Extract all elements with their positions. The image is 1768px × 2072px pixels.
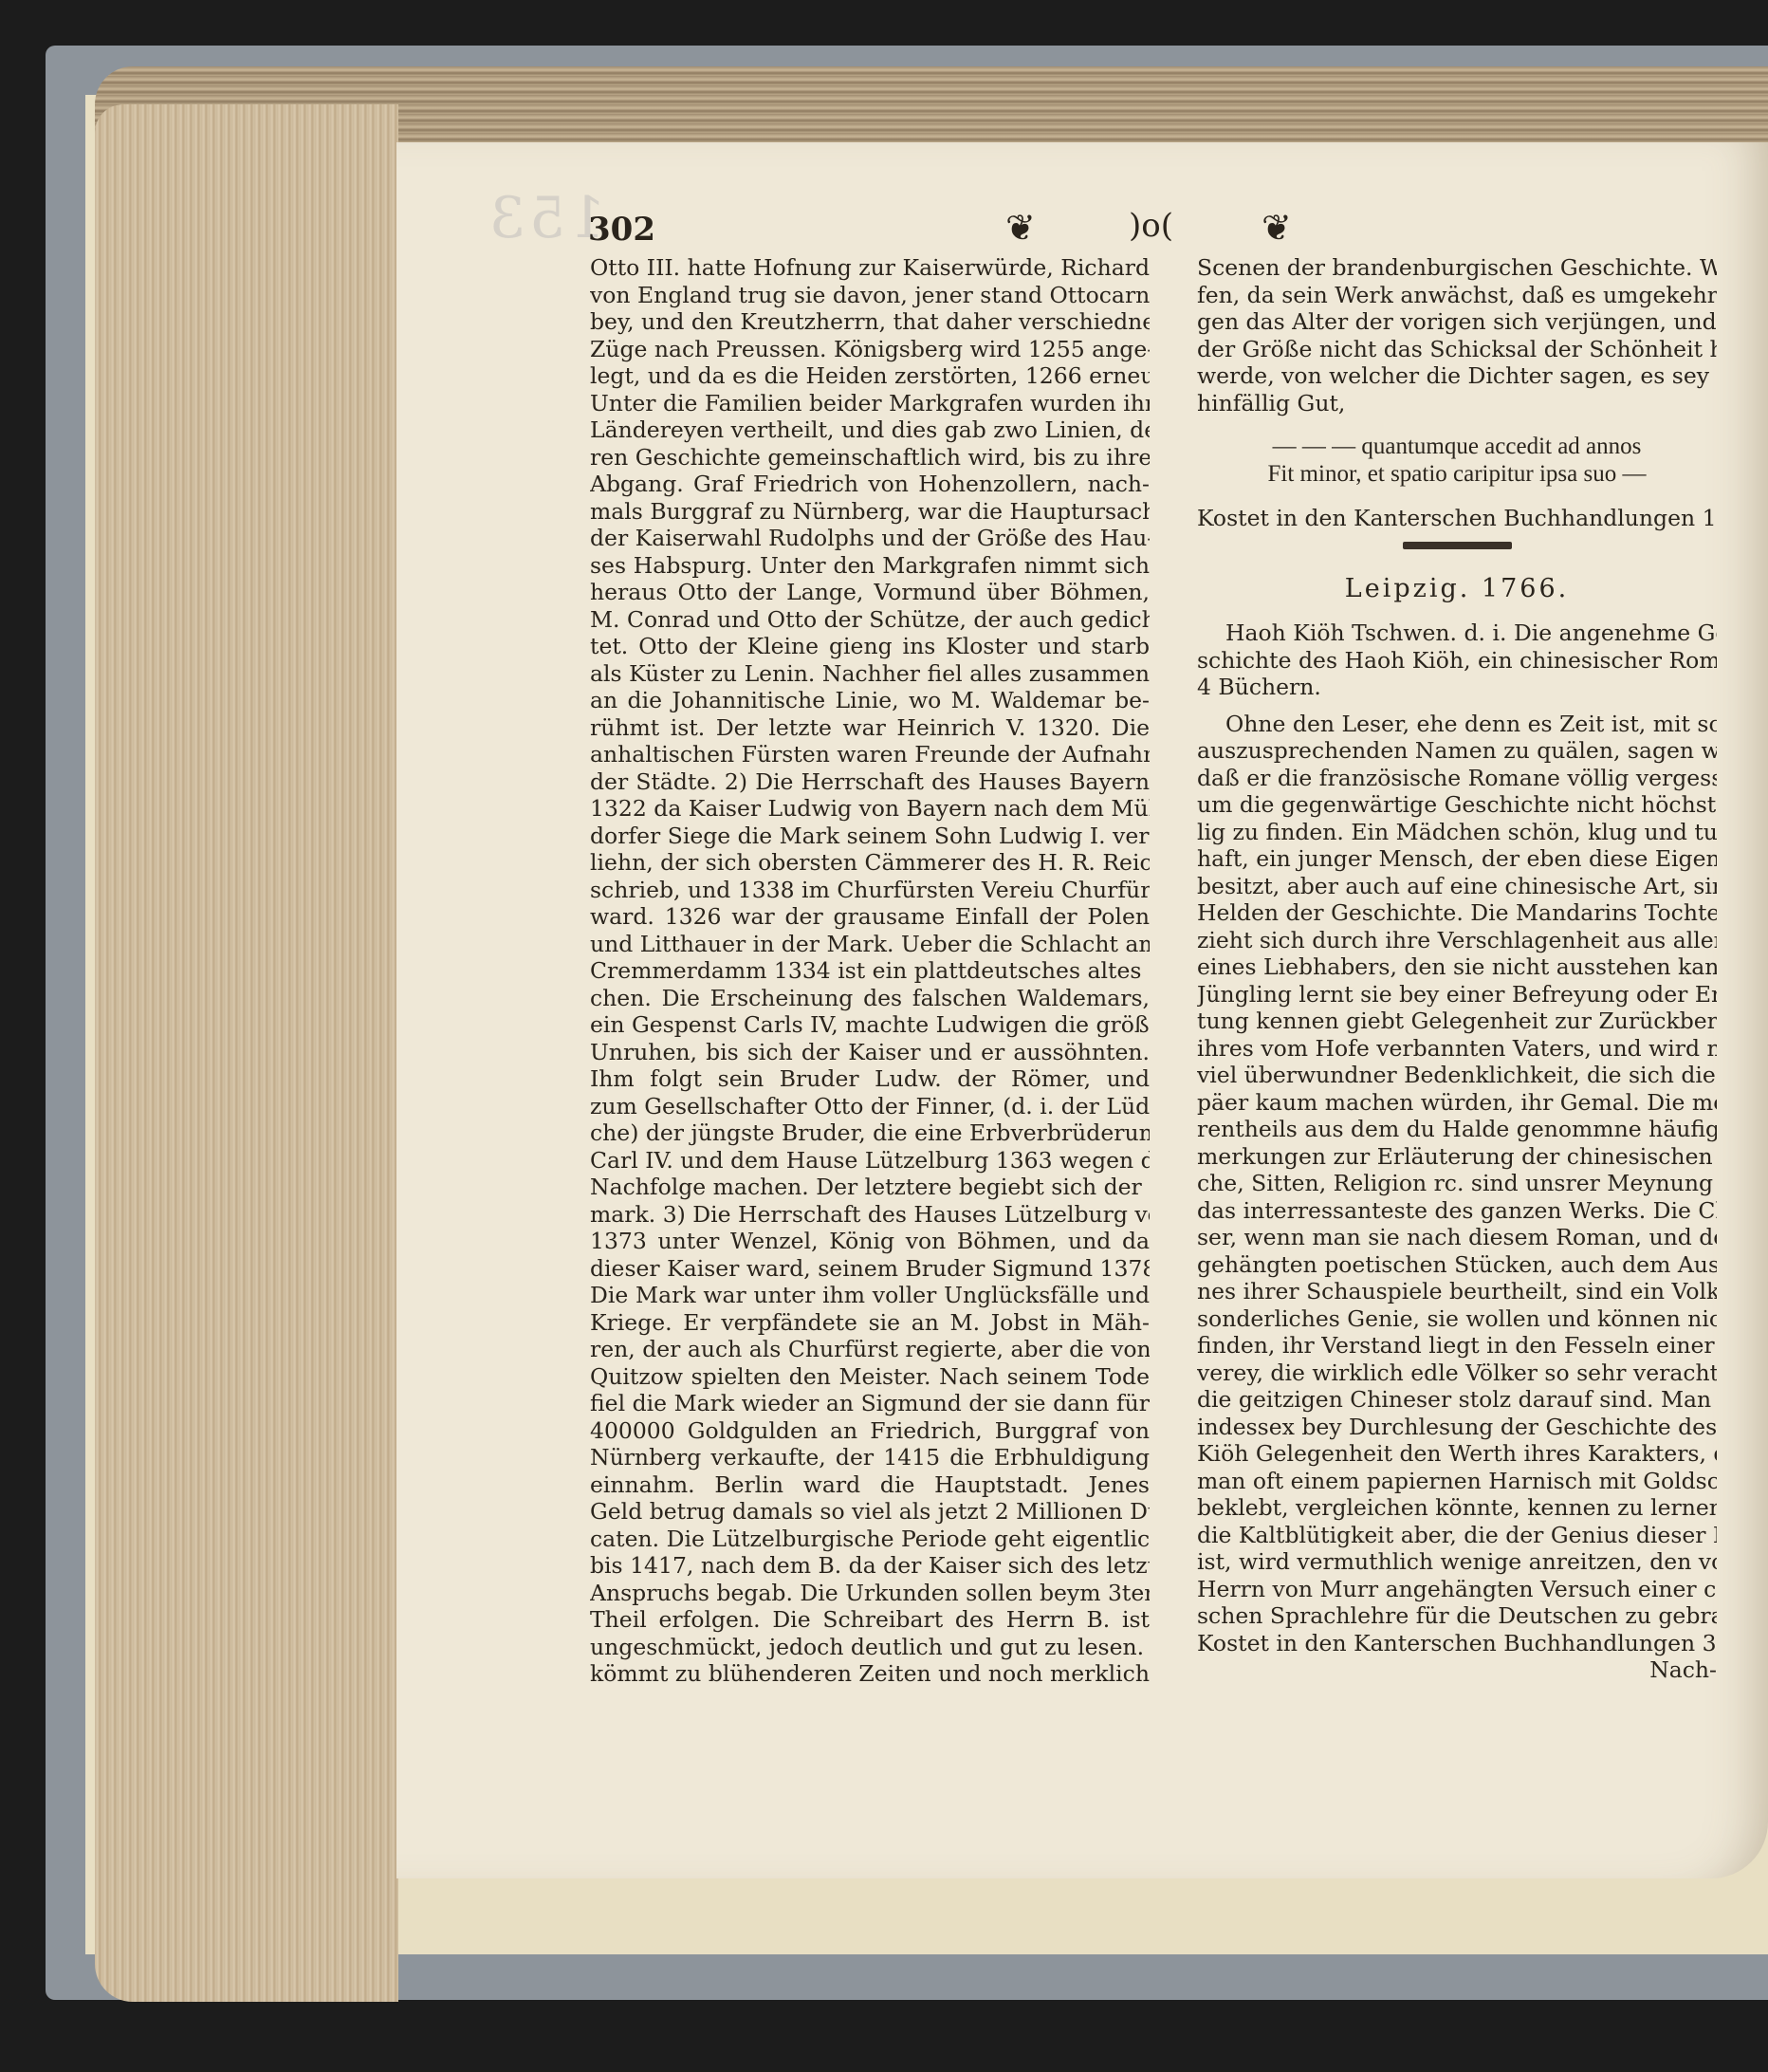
text-line: 1373 unter Wenzel, König von Böhmen, und… — [590, 1228, 1150, 1255]
text-line: die Kaltblütigkeit aber, die der Genius … — [1197, 1522, 1717, 1549]
text-line: ser, wenn man sie nach diesem Roman, und… — [1197, 1224, 1717, 1251]
text-line: ihres vom Hofe verbannten Vaters, und wi… — [1197, 1035, 1717, 1063]
text-line: Die Mark war unter ihm voller Unglücksfä… — [590, 1282, 1150, 1309]
text-line: bey, und den Kreutzherrn, that daher ver… — [590, 308, 1150, 336]
text-line: eines Liebhabers, den sie nicht ausstehe… — [1197, 953, 1717, 981]
header-divider-ornament: )o( — [1129, 207, 1173, 245]
text-line: tung kennen giebt Gelegenheit zur Zurück… — [1197, 1008, 1717, 1035]
page-number: 302 — [588, 211, 655, 249]
text-line: M. Conrad und Otto der Schütze, der auch… — [590, 606, 1150, 634]
text-line: Cremmerdamm 1334 ist ein plattdeutsches … — [590, 957, 1150, 985]
text-line: verey, die wirklich edle Völker so sehr … — [1197, 1360, 1717, 1387]
text-line: lig zu finden. Ein Mädchen schön, klug u… — [1197, 819, 1717, 846]
text-line: schichte des Haoh Kiöh, ein chinesischer… — [1197, 647, 1717, 675]
text-line: dorfer Siege die Mark seinem Sohn Ludwig… — [590, 823, 1150, 850]
text-line: daß er die französische Romane völlig ve… — [1197, 765, 1717, 792]
text-line: liehn, der sich obersten Cämmerer des H.… — [590, 849, 1150, 877]
text-line: beklebt, vergleichen könnte, kennen zu l… — [1197, 1494, 1717, 1522]
text-line: zum Gesellschafter Otto der Finner, (d. … — [590, 1093, 1150, 1120]
left-text-column: Otto III. hatte Hofnung zur Kaiserwürde,… — [590, 254, 1150, 1688]
text-line: che) der jüngste Bruder, die eine Erbver… — [590, 1119, 1150, 1147]
text-line: chen. Die Erscheinung des falschen Walde… — [590, 985, 1150, 1012]
text-line: 400000 Goldgulden an Friedrich, Burggraf… — [590, 1417, 1150, 1445]
text-line: schrieb, und 1338 im Churfürsten Vereiu … — [590, 877, 1150, 904]
text-line: als Küster zu Lenin. Nachher fiel alles … — [590, 660, 1150, 688]
text-line: sonderliches Genie, sie wollen und könne… — [1197, 1305, 1717, 1333]
text-line: 4 Büchern. — [1197, 674, 1717, 701]
text-line: che, Sitten, Religion rc. sind unsrer Me… — [1197, 1170, 1717, 1197]
text-line: und Litthauer in der Mark. Ueber die Sch… — [590, 931, 1150, 958]
text-line: caten. Die Lützelburgische Periode geht … — [590, 1526, 1150, 1553]
text-line: mark. 3) Die Herrschaft des Hauses Lütze… — [590, 1201, 1150, 1229]
text-line: Otto III. hatte Hofnung zur Kaiserwürde,… — [590, 254, 1150, 282]
text-line: Züge nach Preussen. Königsberg wird 1255… — [590, 336, 1150, 363]
text-line: merkungen zur Erläuterung der chinesisch… — [1197, 1143, 1717, 1171]
text-line: fiel die Mark wieder an Sigmund der sie … — [590, 1390, 1150, 1417]
text-line: ren Geschichte gemeinschaftlich wird, bi… — [590, 444, 1150, 472]
text-line: ren, der auch als Churfürst regierte, ab… — [590, 1336, 1150, 1363]
text-line: Kiöh Gelegenheit den Werth ihres Karakte… — [1197, 1440, 1717, 1468]
text-line: tet. Otto der Kleine gieng ins Kloster u… — [590, 633, 1150, 660]
text-line: Theil erfolgen. Die Schreibart des Herrn… — [590, 1606, 1150, 1634]
text-line: Unter die Familien beider Markgrafen wur… — [590, 390, 1150, 417]
text-line: Jüngling lernt sie bey einer Befreyung o… — [1197, 981, 1717, 1008]
text-line: dieser Kaiser ward, seinem Bruder Sigmun… — [590, 1255, 1150, 1283]
text-line: Kriege. Er verpfändete sie an M. Jobst i… — [590, 1309, 1150, 1337]
text-line: zieht sich durch ihre Verschlagenheit au… — [1197, 927, 1717, 954]
review-conclusion: Scenen der brandenburgischen Geschichte.… — [1197, 254, 1717, 416]
text-line: besitzt, aber auch auf eine chinesische … — [1197, 873, 1717, 900]
text-line: auszusprechenden Namen zu quälen, sagen … — [1197, 737, 1717, 765]
text-line: gehängten poetischen Stücken, auch dem A… — [1197, 1251, 1717, 1279]
page-stack-fore-edges — [95, 104, 398, 2002]
text-line: ungeschmückt, jedoch deutlich und gut zu… — [590, 1634, 1150, 1661]
text-line: rentheils aus dem du Halde genommne häuf… — [1197, 1116, 1717, 1143]
text-line: päer kaum machen würden, ihr Gemal. Die … — [1197, 1089, 1717, 1117]
text-line: finden, ihr Verstand liegt in den Fessel… — [1197, 1332, 1717, 1360]
text-line: Ländereyen vertheilt, und dies gab zwo L… — [590, 416, 1150, 444]
text-line: Nachfolge machen. Der letztere begiebt s… — [590, 1174, 1150, 1201]
text-line: legt, und da es die Heiden zerstörten, 1… — [590, 362, 1150, 390]
review-body: Ohne den Leser, ehe denn es Zeit ist, mi… — [1197, 711, 1717, 1630]
text-line: rühmt ist. Der letzte war Heinrich V. 13… — [590, 714, 1150, 742]
text-line: anhaltischen Fürsten waren Freunde der A… — [590, 741, 1150, 768]
text-line: fen, da sein Werk anwächst, daß es umgek… — [1197, 282, 1717, 309]
text-line: das interressanteste des ganzen Werks. D… — [1197, 1197, 1717, 1225]
shell-ornament-icon: ❦ — [1262, 207, 1292, 249]
text-line: Abgang. Graf Friedrich von Hohenzollern,… — [590, 471, 1150, 498]
text-line: man oft einem papiernen Harnisch mit Gol… — [1197, 1468, 1717, 1495]
text-line: Haoh Kiöh Tschwen. d. i. Die angenehme G… — [1197, 620, 1717, 647]
text-line: werde, von welcher die Dichter sagen, es… — [1197, 362, 1717, 390]
text-line: Nürnberg verkaufte, der 1415 die Erbhuld… — [590, 1444, 1150, 1471]
price-note: Kostet in den Kanterschen Buchhandlungen… — [1197, 505, 1717, 532]
text-line: Helden der Geschichte. Die Mandarins Toc… — [1197, 899, 1717, 927]
text-line: Quitzow spielten den Meister. Nach seine… — [590, 1363, 1150, 1391]
text-line: gen das Alter der vorigen sich verjüngen… — [1197, 308, 1717, 336]
text-line: 1322 da Kaiser Ludwig von Bayern nach de… — [590, 795, 1150, 823]
text-line: Unruhen, bis sich der Kaiser und er auss… — [590, 1039, 1150, 1066]
catchword: Nach- — [1197, 1656, 1717, 1684]
text-line: Ohne den Leser, ehe denn es Zeit ist, mi… — [1197, 711, 1717, 738]
price-note: Kostet in den Kanterschen Buchhandlungen… — [1197, 1630, 1717, 1657]
text-line: viel überwundner Bedenklichkeit, die sic… — [1197, 1062, 1717, 1089]
text-line: an die Johannitische Linie, wo M. Waldem… — [590, 687, 1150, 714]
text-line: Scenen der brandenburgischen Geschichte.… — [1197, 254, 1717, 282]
text-line: hinfällig Gut, — [1197, 390, 1717, 417]
text-line: einnahm. Berlin ward die Hauptstadt. Jen… — [590, 1471, 1150, 1499]
right-text-column: Scenen der brandenburgischen Geschichte.… — [1197, 254, 1717, 1684]
text-line: Carl IV. und dem Hause Lützelburg 1363 w… — [590, 1147, 1150, 1175]
text-line: ward. 1326 war der grausame Einfall der … — [590, 903, 1150, 931]
text-line: von England trug sie davon, jener stand … — [590, 282, 1150, 309]
text-line: Ihm folgt sein Bruder Ludw. der Römer, u… — [590, 1065, 1150, 1093]
text-line: Geld betrug damals so viel als jetzt 2 M… — [590, 1498, 1150, 1526]
latin-quote-line-2: Fit minor, et spatio caripitur ipsa suo … — [1197, 461, 1717, 489]
section-divider-rule — [1403, 542, 1512, 549]
section-heading: Leipzig. 1766. — [1197, 576, 1717, 603]
text-line: haft, ein junger Mensch, der eben diese … — [1197, 845, 1717, 873]
text-line: der Größe nicht das Schicksal der Schönh… — [1197, 336, 1717, 363]
text-line: ein Gespenst Carls IV, machte Ludwigen d… — [590, 1011, 1150, 1039]
text-line: indessex bey Durchlesung der Geschichte … — [1197, 1414, 1717, 1441]
shell-ornament-icon: ❦ — [1005, 207, 1036, 249]
text-line: schen Sprachlehre für die Deutschen zu g… — [1197, 1602, 1717, 1630]
text-line: mals Burggraf zu Nürnberg, war die Haupt… — [590, 498, 1150, 526]
text-line: kömmt zu blühenderen Zeiten und noch mer… — [590, 1660, 1150, 1688]
text-line: Herrn von Murr angehängten Versuch einer… — [1197, 1576, 1717, 1603]
text-line: der Städte. 2) Die Herrschaft des Hauses… — [590, 768, 1150, 796]
text-line: ses Habspurg. Unter den Markgrafen nimmt… — [590, 552, 1150, 580]
text-line: der Kaiserwahl Rudolphs und der Größe de… — [590, 525, 1150, 552]
text-line: ist, wird vermuthlich wenige anreitzen, … — [1197, 1548, 1717, 1576]
text-line: nes ihrer Schauspiele beurtheilt, sind e… — [1197, 1278, 1717, 1305]
text-line: heraus Otto der Lange, Vormund über Böhm… — [590, 579, 1150, 606]
text-line: bis 1417, nach dem B. da der Kaiser sich… — [590, 1552, 1150, 1580]
text-line: die geitzigen Chineser stolz darauf sind… — [1197, 1386, 1717, 1414]
book-title-entry: Haoh Kiöh Tschwen. d. i. Die angenehme G… — [1197, 620, 1717, 701]
text-line: Anspruchs begab. Die Urkunden sollen bey… — [590, 1580, 1150, 1607]
text-line: um die gegenwärtige Geschichte nicht höc… — [1197, 791, 1717, 819]
latin-quote-line-1: — — — quantumque accedit ad annos — [1197, 434, 1717, 461]
